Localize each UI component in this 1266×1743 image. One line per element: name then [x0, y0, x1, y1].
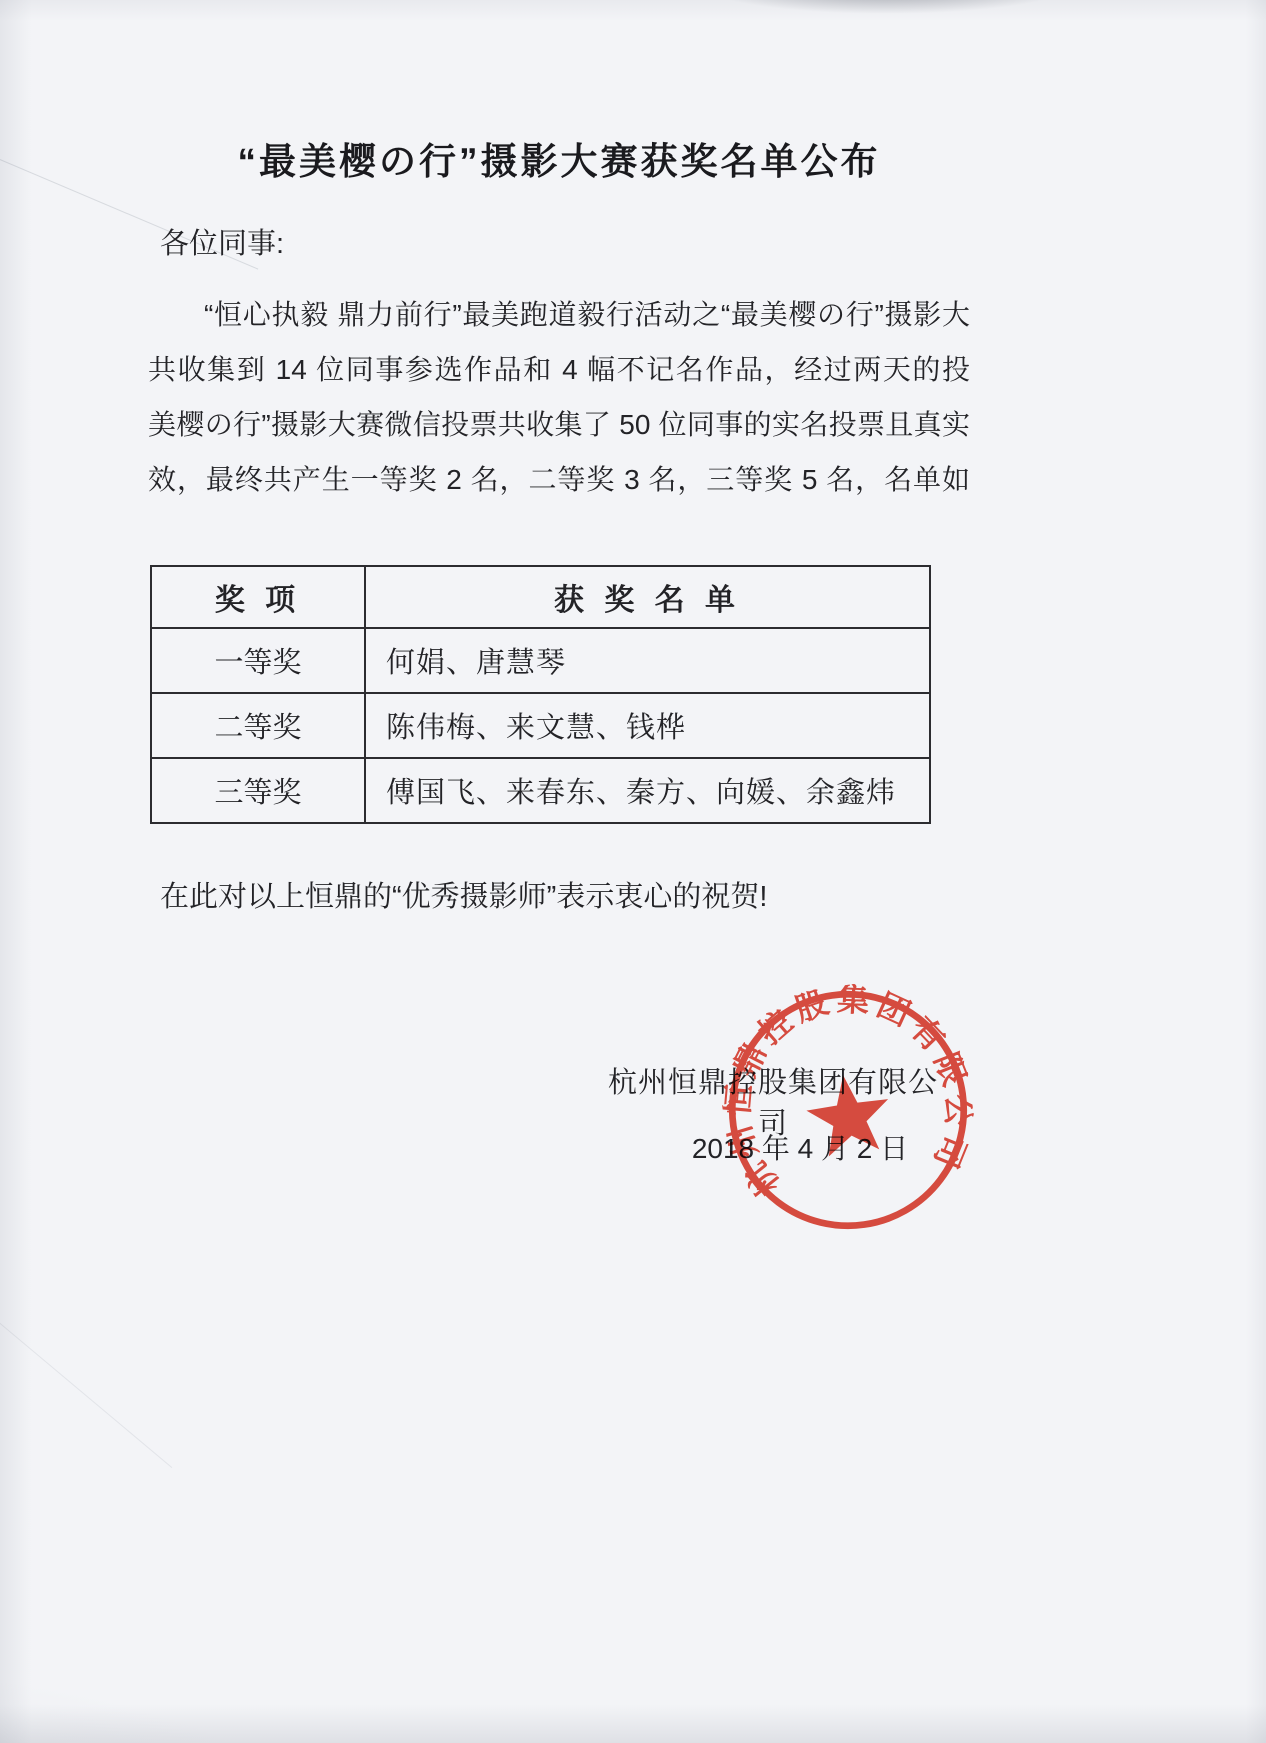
- date-line: 2018 年 4 月 2 日: [640, 1127, 960, 1167]
- award-cell: 一等奖: [151, 628, 365, 693]
- paragraph-line: “恒心执毅 鼎力前行”最美跑道毅行活动之“最美樱の行”摄影大赛: [148, 287, 970, 342]
- paragraph-line: 共收集到 14 位同事参选作品和 4 幅不记名作品，经过两天的投票，“最: [148, 342, 970, 397]
- award-cell: 三等奖: [151, 758, 365, 823]
- header-cell-winners: 获 奖 名 单: [365, 566, 930, 628]
- winners-cell: 傅国飞、来春东、秦方、向媛、余鑫炜: [365, 758, 930, 823]
- header-cell-award: 奖 项: [151, 566, 365, 628]
- winners-cell: 陈伟梅、来文慧、钱桦: [365, 693, 930, 758]
- table-row: 三等奖 傅国飞、来春东、秦方、向媛、余鑫炜: [151, 758, 930, 823]
- table-header-row: 奖 项 获 奖 名 单: [151, 566, 930, 628]
- table-row: 二等奖 陈伟梅、来文慧、钱桦: [151, 693, 930, 758]
- closing-line: 在此对以上恒鼎的“优秀摄影师”表示衷心的祝贺!: [160, 874, 767, 915]
- paragraph-line: 美樱の行”摄影大赛微信投票共收集了 50 位同事的实名投票且真实有: [148, 397, 970, 452]
- scanned-document-page: “最美樱の行”摄影大赛获奖名单公布 各位同事: “恒心执毅 鼎力前行”最美跑道毅…: [0, 0, 1266, 1743]
- document-title: “最美樱の行”摄影大赛获奖名单公布: [148, 131, 970, 185]
- awards-table: 奖 项 获 奖 名 单 一等奖 何娟、唐慧琴 二等奖 陈伟梅、来文慧、钱桦 三等…: [150, 565, 931, 824]
- winners-cell: 何娟、唐慧琴: [365, 628, 930, 693]
- scan-crease: [0, 1313, 172, 1468]
- award-cell: 二等奖: [151, 693, 365, 758]
- table-row: 一等奖 何娟、唐慧琴: [151, 628, 930, 693]
- body-paragraph: “恒心执毅 鼎力前行”最美跑道毅行活动之“最美樱の行”摄影大赛 共收集到 14 …: [148, 287, 970, 507]
- paragraph-line: 效，最终共产生一等奖 2 名，二等奖 3 名，三等奖 5 名，名单如下：: [148, 452, 970, 507]
- salutation: 各位同事:: [160, 221, 284, 262]
